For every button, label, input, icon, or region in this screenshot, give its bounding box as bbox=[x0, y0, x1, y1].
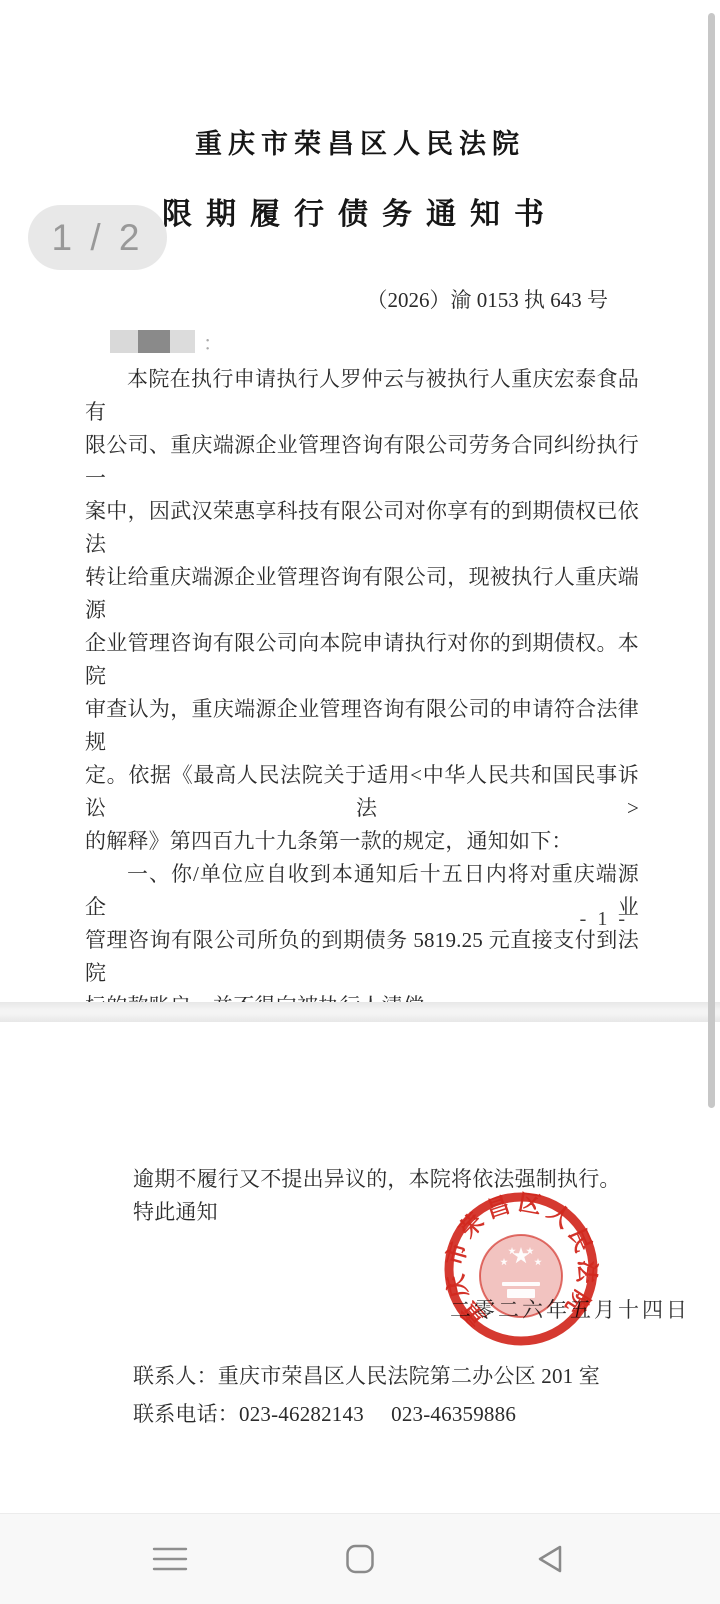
body-line: 案中，因武汉荣惠享科技有限公司对你享有的到期债权已依法 bbox=[85, 495, 639, 561]
body-line: 管理咨询有限公司所负的到期债务 5819.25 元直接支付到法院 bbox=[85, 924, 639, 990]
page-1-number: - 1 - bbox=[0, 908, 720, 931]
body-line: 本院在执行申请执行人罗仲云与被执行人重庆宏泰食品有 bbox=[85, 363, 639, 429]
menu-icon bbox=[152, 1545, 188, 1573]
menu-button[interactable] bbox=[140, 1529, 200, 1589]
redaction-block bbox=[170, 330, 195, 353]
redaction-block bbox=[110, 330, 138, 353]
addressee-colon: ： bbox=[203, 327, 223, 356]
home-button[interactable] bbox=[330, 1529, 390, 1589]
court-seal: 重庆市荣昌区人民法院 bbox=[436, 1184, 606, 1354]
body-line: 审查认为，重庆端源企业管理咨询有限公司的申请符合法律规 bbox=[85, 693, 639, 759]
court-name-heading: 重庆市荣昌区人民法院 bbox=[0, 122, 720, 161]
page-indicator-badge: 1 / 2 bbox=[28, 205, 167, 270]
body-line: 定。依据《最高人民法院关于适用<中华人民共和国民事诉讼法> bbox=[85, 759, 639, 825]
body-line: 限公司、重庆端源企业管理咨询有限公司劳务合同纠纷执行一 bbox=[85, 429, 639, 495]
back-button[interactable] bbox=[520, 1529, 580, 1589]
page-separator bbox=[0, 1002, 720, 1022]
android-navigation-bar bbox=[0, 1513, 720, 1604]
contact-person-line: 联系人：重庆市荣昌区人民法院第二办公区 201 室 bbox=[133, 1360, 600, 1390]
back-icon bbox=[536, 1544, 564, 1574]
redaction-block bbox=[138, 330, 170, 353]
body-line: 转让给重庆端源企业管理咨询有限公司，现被执行人重庆端源 bbox=[85, 561, 639, 627]
body-line: 企业管理咨询有限公司向本院申请执行对你的到期债权。本院 bbox=[85, 627, 639, 693]
scrollbar-thumb[interactable] bbox=[708, 13, 715, 1108]
redacted-addressee: ： bbox=[110, 329, 223, 353]
document-page-2: 逾期不履行又不提出异议的，本院将依法强制执行。 特此通知 二零二六年五月十四日 … bbox=[0, 1022, 720, 1513]
document-page-1: 重庆市荣昌区人民法院 限期履行债务通知书 （2026）渝 0153 执 643 … bbox=[0, 0, 720, 1002]
home-icon bbox=[345, 1544, 375, 1574]
national-emblem-icon bbox=[480, 1235, 562, 1317]
contact-phone-line: 联系电话：023-46282143 023-46359886 bbox=[133, 1398, 516, 1428]
body-line: 的解释》第四百九十九条第一款的规定，通知如下： bbox=[85, 825, 639, 858]
document-viewer-screen: 重庆市荣昌区人民法院 限期履行债务通知书 （2026）渝 0153 执 643 … bbox=[0, 0, 720, 1604]
case-number: （2026）渝 0153 执 643 号 bbox=[0, 284, 720, 314]
notice-line: 特此通知 bbox=[133, 1196, 218, 1226]
